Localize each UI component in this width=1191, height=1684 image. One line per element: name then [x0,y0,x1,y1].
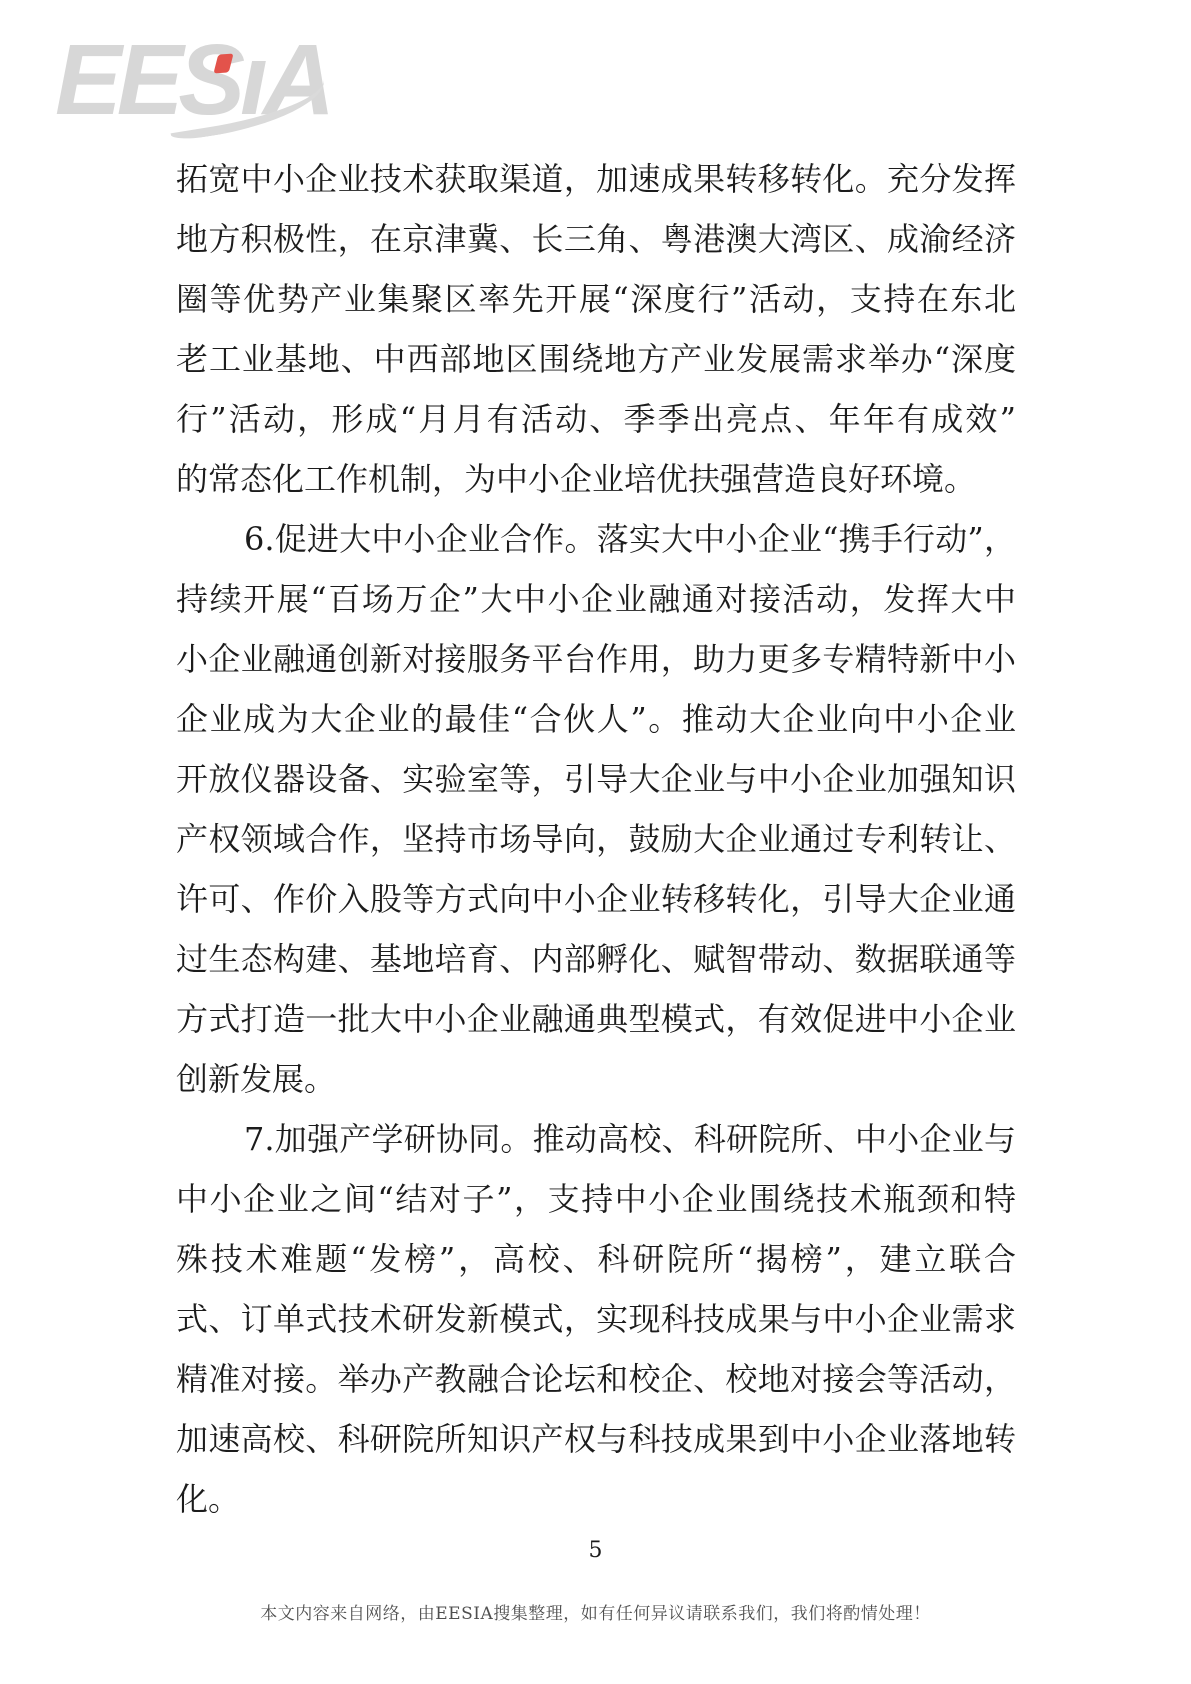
page-number: 5 [0,1538,1191,1563]
body-line: 创新发展。 [176,1049,1016,1109]
body-line: 许可、作价入股等方式向中小企业转移转化，引导大企业通 [176,869,1016,929]
footer-disclaimer: 本文内容来自网络，由EESIA搜集整理，如有任何异议请联系我们，我们将酌情处理！ [0,1599,1191,1624]
body-line-paragraph-6-start: 6.促进大中小企业合作。落实大中小企业“携手行动”， [176,509,1016,569]
body-line: 过生态构建、基地培育、内部孵化、赋智带动、数据联通等 [176,929,1016,989]
body-line: 老工业基地、中西部地区围绕地方产业发展需求举办“深度 [176,329,1016,389]
body-text: 拓宽中小企业技术获取渠道，加速成果转移转化。充分发挥 地方积极性，在京津冀、长三… [176,149,1016,1529]
body-line: 拓宽中小企业技术获取渠道，加速成果转移转化。充分发挥 [176,149,1016,209]
body-line: 中小企业之间“结对子”，支持中小企业围绕技术瓶颈和特 [176,1169,1016,1229]
body-line: 式、订单式技术研发新模式，实现科技成果与中小企业需求 [176,1289,1016,1349]
body-line: 精准对接。举办产教融合论坛和校企、校地对接会等活动， [176,1349,1016,1409]
body-line: 圈等优势产业集聚区率先开展“深度行”活动，支持在东北 [176,269,1016,329]
body-line: 的常态化工作机制，为中小企业培优扶强营造良好环境。 [176,449,1016,509]
body-line: 持续开展“百场万企”大中小企业融通对接活动，发挥大中 [176,569,1016,629]
body-line: 加速高校、科研院所知识产权与科技成果到中小企业落地转 [176,1409,1016,1469]
body-line: 产权领域合作，坚持市场导向，鼓励大企业通过专利转让、 [176,809,1016,869]
body-line: 方式打造一批大中小企业融通典型模式，有效促进中小企业 [176,989,1016,1049]
body-line: 地方积极性，在京津冀、长三角、粤港澳大湾区、成渝经济 [176,209,1016,269]
body-line: 行”活动，形成“月月有活动、季季出亮点、年年有成效” [176,389,1016,449]
body-line: 化。 [176,1469,1016,1529]
body-line: 殊技术难题“发榜”，高校、科研院所“揭榜”，建立联合 [176,1229,1016,1289]
body-line: 企业成为大企业的最佳“合伙人”。推动大企业向中小企业 [176,689,1016,749]
body-line: 开放仪器设备、实验室等，引导大企业与中小企业加强知识 [176,749,1016,809]
body-line: 小企业融通创新对接服务平台作用，助力更多专精特新中小 [176,629,1016,689]
eesia-logo: EESıA [55,28,355,143]
body-line-paragraph-7-start: 7.加强产学研协同。推动高校、科研院所、中小企业与 [176,1109,1016,1169]
document-page: EESıA 拓宽中小企业技术获取渠道，加速成果转移转化。充分发挥 地方积极性，在… [0,0,1191,1684]
